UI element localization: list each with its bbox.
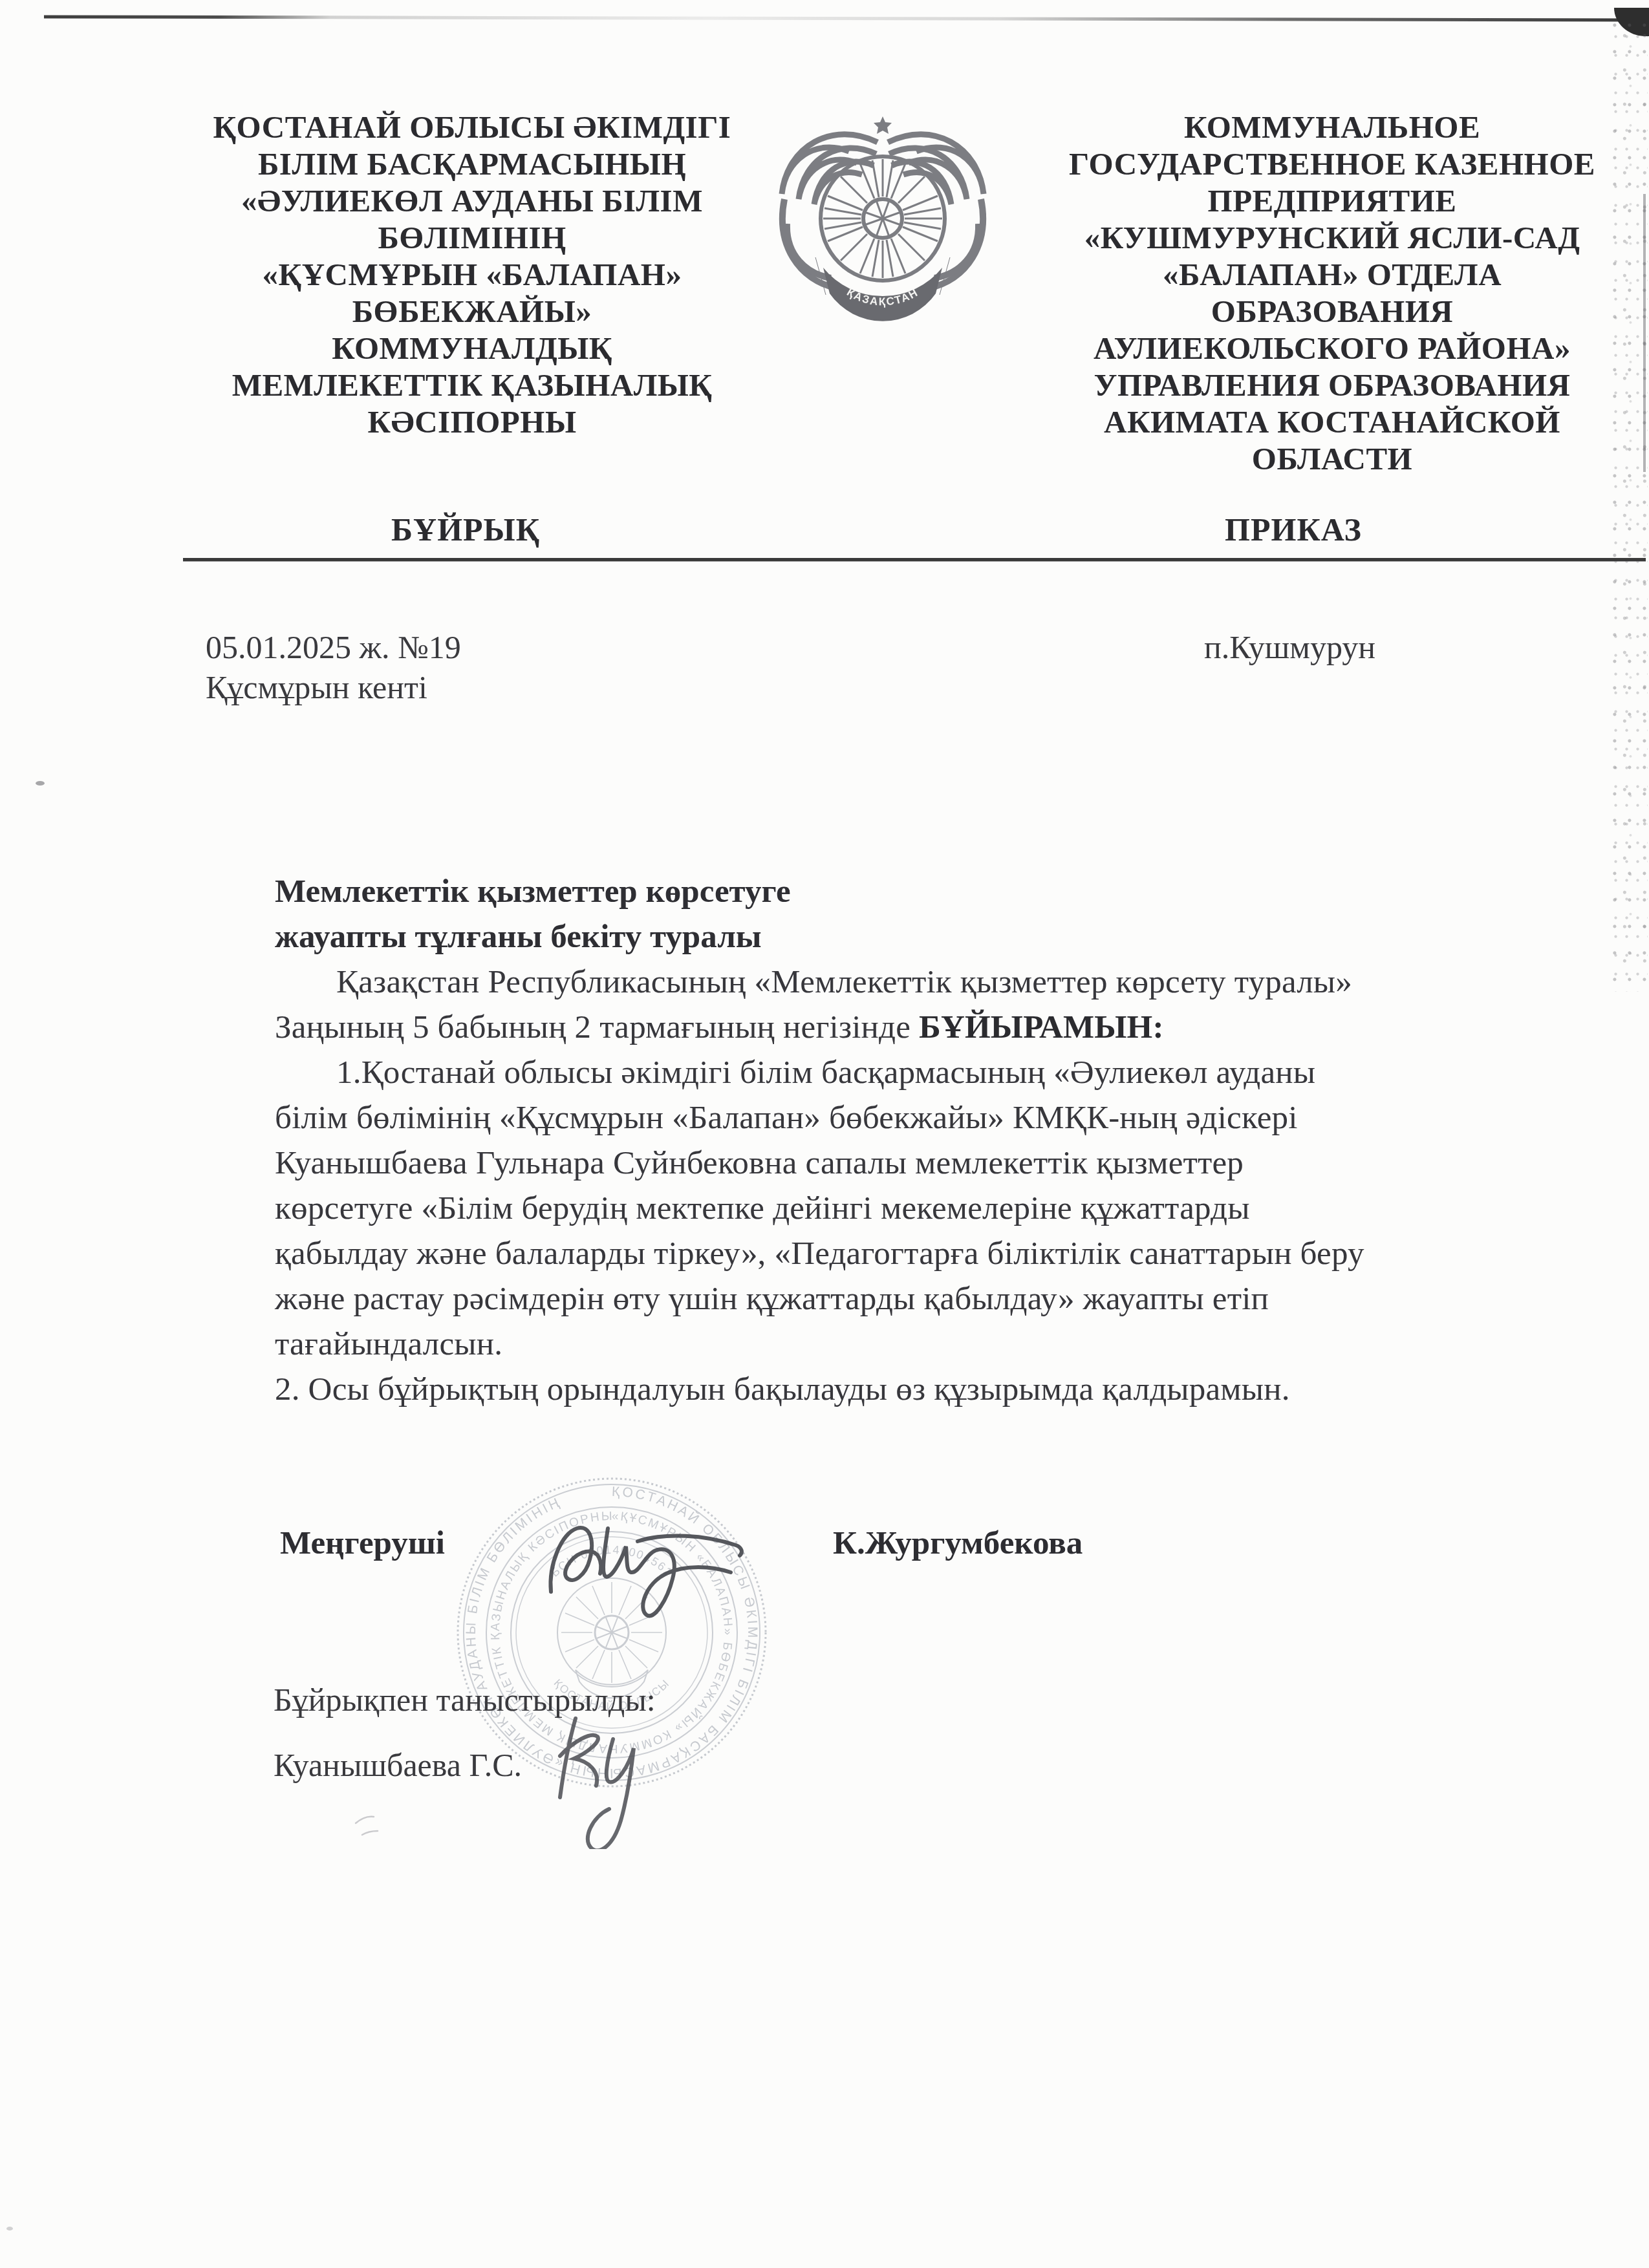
body-text-bold: БҰЙЫРАМЫН: — [919, 1009, 1164, 1045]
org-name-line: АКИМАТА КОСТАНАЙСКОЙ — [1061, 403, 1604, 440]
body-line: 2. Осы бұйрықтың орындалуын бақылауды өз… — [275, 1367, 1581, 1412]
body-text: тағайындалсын. — [275, 1326, 502, 1362]
order-title: Мемлекеттік қызметтер көрсетуге жауапты … — [275, 869, 791, 959]
body-line: Заңының 5 бабының 2 тармағының негізінде… — [275, 1005, 1581, 1050]
body-line: 1.Қостанай облысы әкімдігі білім басқарм… — [275, 1050, 1581, 1095]
body-line: қабылдау және балаларды тіркеу», «Педаго… — [275, 1231, 1581, 1276]
org-name-line: КОММУНАЛДЫҚ — [204, 330, 740, 367]
scan-artifact-edge-streak — [1643, 194, 1646, 472]
order-place-kazakh: Құсмұрын кенті — [206, 669, 427, 706]
body-line: тағайындалсын. — [275, 1321, 1581, 1367]
body-text: қабылдау және балаларды тіркеу», «Педаго… — [275, 1236, 1364, 1272]
pencil-mark — [349, 1804, 407, 1843]
order-body: Қазақстан Республикасының «Мемлекеттік қ… — [275, 959, 1581, 1412]
body-line: Куанышбаева Гульнара Суйнбековна сапалы … — [275, 1140, 1581, 1186]
signature-role: Меңгеруші — [280, 1524, 445, 1562]
signature-name: К.Жургумбекова — [833, 1524, 1083, 1562]
org-name-line: КӘСІПОРНЫ — [204, 403, 740, 440]
org-name-line: БІЛІМ БАСҚАРМАСЫНЫҢ — [204, 145, 740, 182]
body-text: 2. Осы бұйрықтың орындалуын бақылауды өз… — [275, 1371, 1290, 1407]
org-name-line: МЕМЛЕКЕТТІК ҚАЗЫНАЛЫҚ — [204, 367, 740, 403]
body-text: Заңының 5 бабының 2 тармағының негізінде — [275, 1009, 919, 1045]
director-signature — [511, 1500, 770, 1642]
org-name-line: ҚОСТАНАЙ ОБЛЫСЫ ӘКІМДІГІ — [204, 109, 740, 145]
order-title-line2: жауапты тұлғаны бекіту туралы — [275, 914, 791, 959]
order-title-line1: Мемлекеттік қызметтер көрсетуге — [275, 869, 791, 914]
kazakhstan-coat-of-arms-icon: ҚАЗАҚСТАН — [773, 109, 993, 328]
body-line: көрсетуге «Білім берудің мектепке дейінг… — [275, 1186, 1581, 1231]
org-name-line: «ӘУЛИЕКӨЛ АУДАНЫ БІЛІМ — [204, 182, 740, 219]
body-line: және растау рәсімдерін өту үшін құжаттар… — [275, 1276, 1581, 1321]
org-name-line: ГОСУДАРСТВЕННОЕ КАЗЕННОЕ — [1061, 145, 1604, 182]
body-text: Қазақстан Республикасының «Мемлекеттік қ… — [336, 964, 1352, 1000]
org-name-line: БӨЛІМІНІҢ — [204, 219, 740, 256]
org-name-line: «БАЛАПАН» ОТДЕЛА — [1061, 256, 1604, 293]
body-text: және растау рәсімдерін өту үшін құжаттар… — [275, 1281, 1269, 1317]
scan-artifact-top-line — [44, 15, 1635, 21]
scan-artifact-speck — [6, 2227, 13, 2231]
org-name-line: ПРЕДПРИЯТИЕ — [1061, 182, 1604, 219]
org-name-line: ОБЛАСТИ — [1061, 440, 1604, 477]
body-line: Қазақстан Республикасының «Мемлекеттік қ… — [275, 959, 1581, 1005]
org-name-line: КОММУНАЛЬНОЕ — [1061, 109, 1604, 145]
org-name-line: ОБРАЗОВАНИЯ — [1061, 293, 1604, 330]
body-text: Куанышбаева Гульнара Суйнбековна сапалы … — [275, 1145, 1244, 1181]
org-name-kazakh: ҚОСТАНАЙ ОБЛЫСЫ ӘКІМДІГІБІЛІМ БАСҚАРМАСЫ… — [204, 109, 740, 440]
document-page: { "page": {"kind": "scanned order docume… — [0, 0, 1649, 2268]
org-name-line: «КУШМУРУНСКИЙ ЯСЛИ-САД — [1061, 219, 1604, 256]
order-word-kazakh: БҰЙРЫҚ — [382, 511, 550, 548]
org-name-line: «ҚҰСМҰРЫН «БАЛАПАН» — [204, 256, 740, 293]
org-name-line: УПРАВЛЕНИЯ ОБРАЗОВАНИЯ — [1061, 367, 1604, 403]
order-date-number: 05.01.2025 ж. №19 — [206, 628, 461, 666]
scan-artifact-edge-noise — [1610, 22, 1648, 992]
order-word-russian: ПРИКАЗ — [1209, 511, 1377, 548]
org-name-line: БӨБЕКЖАЙЫ» — [204, 293, 740, 330]
separator-line — [183, 558, 1646, 561]
order-place-russian: п.Кушмурун — [1204, 628, 1375, 666]
acknowledged-name: Куанышбаева Г.С. — [274, 1746, 522, 1784]
acknowledgment-signature — [537, 1694, 679, 1849]
body-text: көрсетуге «Білім берудің мектепке дейінг… — [275, 1190, 1250, 1226]
org-name-line: АУЛИЕКОЛЬСКОГО РАЙОНА» — [1061, 330, 1604, 367]
body-text: білім бөлімінің «Құсмұрын «Балапан» бөбе… — [275, 1100, 1298, 1136]
body-line: білім бөлімінің «Құсмұрын «Балапан» бөбе… — [275, 1095, 1581, 1140]
body-text: 1.Қостанай облысы әкімдігі білім басқарм… — [336, 1054, 1315, 1091]
scan-artifact-speck — [36, 781, 45, 786]
org-name-russian: КОММУНАЛЬНОЕГОСУДАРСТВЕННОЕ КАЗЕННОЕПРЕД… — [1061, 109, 1604, 477]
